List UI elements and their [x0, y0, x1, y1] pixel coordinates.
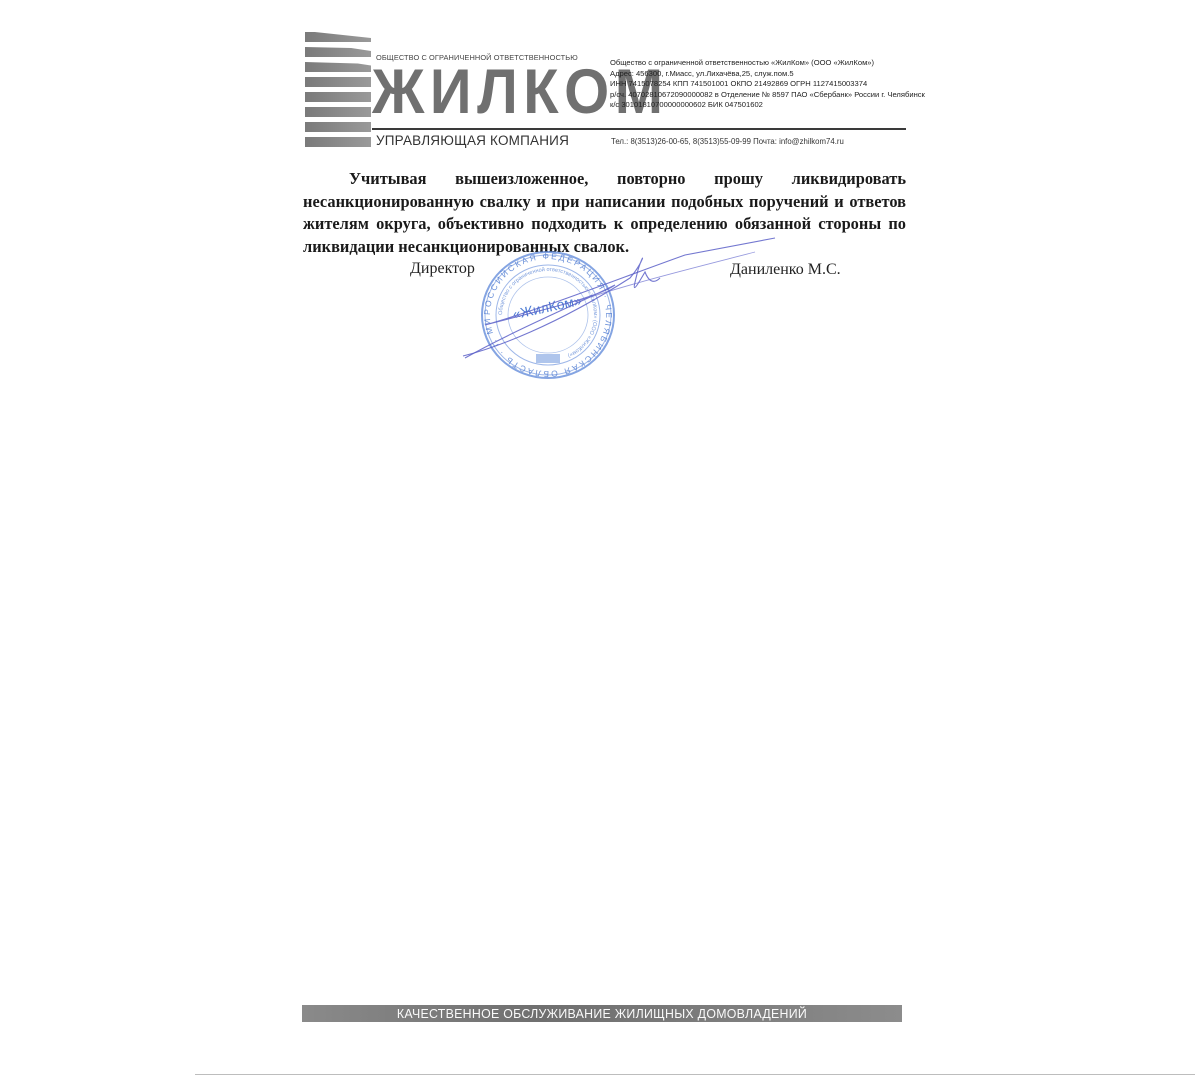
- requisites-line: Общество с ограниченной ответственностью…: [610, 58, 925, 69]
- header-divider: [372, 128, 906, 130]
- brand-subtitle: УПРАВЛЯЮЩАЯ КОМПАНИЯ: [376, 133, 569, 148]
- logo-building-icon: [305, 32, 371, 148]
- requisites-line: р/сч. 40702810672090000082 в Отделение №…: [610, 90, 925, 101]
- footer-slogan: КАЧЕСТВЕННОЕ ОБСЛУЖИВАНИЕ ЖИЛИЩНЫХ ДОМОВ…: [317, 1005, 887, 1022]
- requisites-line: ИНН 7415078254 КПП 741501001 ОКПО 214928…: [610, 79, 925, 90]
- page-bottom-edge: [195, 1074, 1195, 1075]
- requisites-line: к/с 30101810700000000602 БИК 047501602: [610, 100, 925, 111]
- contacts-line: Тел.: 8(3513)26-00-65, 8(3513)55-09-99 П…: [611, 137, 844, 146]
- requisites-line: Адрес: 456300, г.Миасс, ул.Лихачёва,25, …: [610, 69, 925, 80]
- handwritten-signature-icon: [455, 230, 785, 370]
- company-requisites: Общество с ограниченной ответственностью…: [610, 58, 925, 111]
